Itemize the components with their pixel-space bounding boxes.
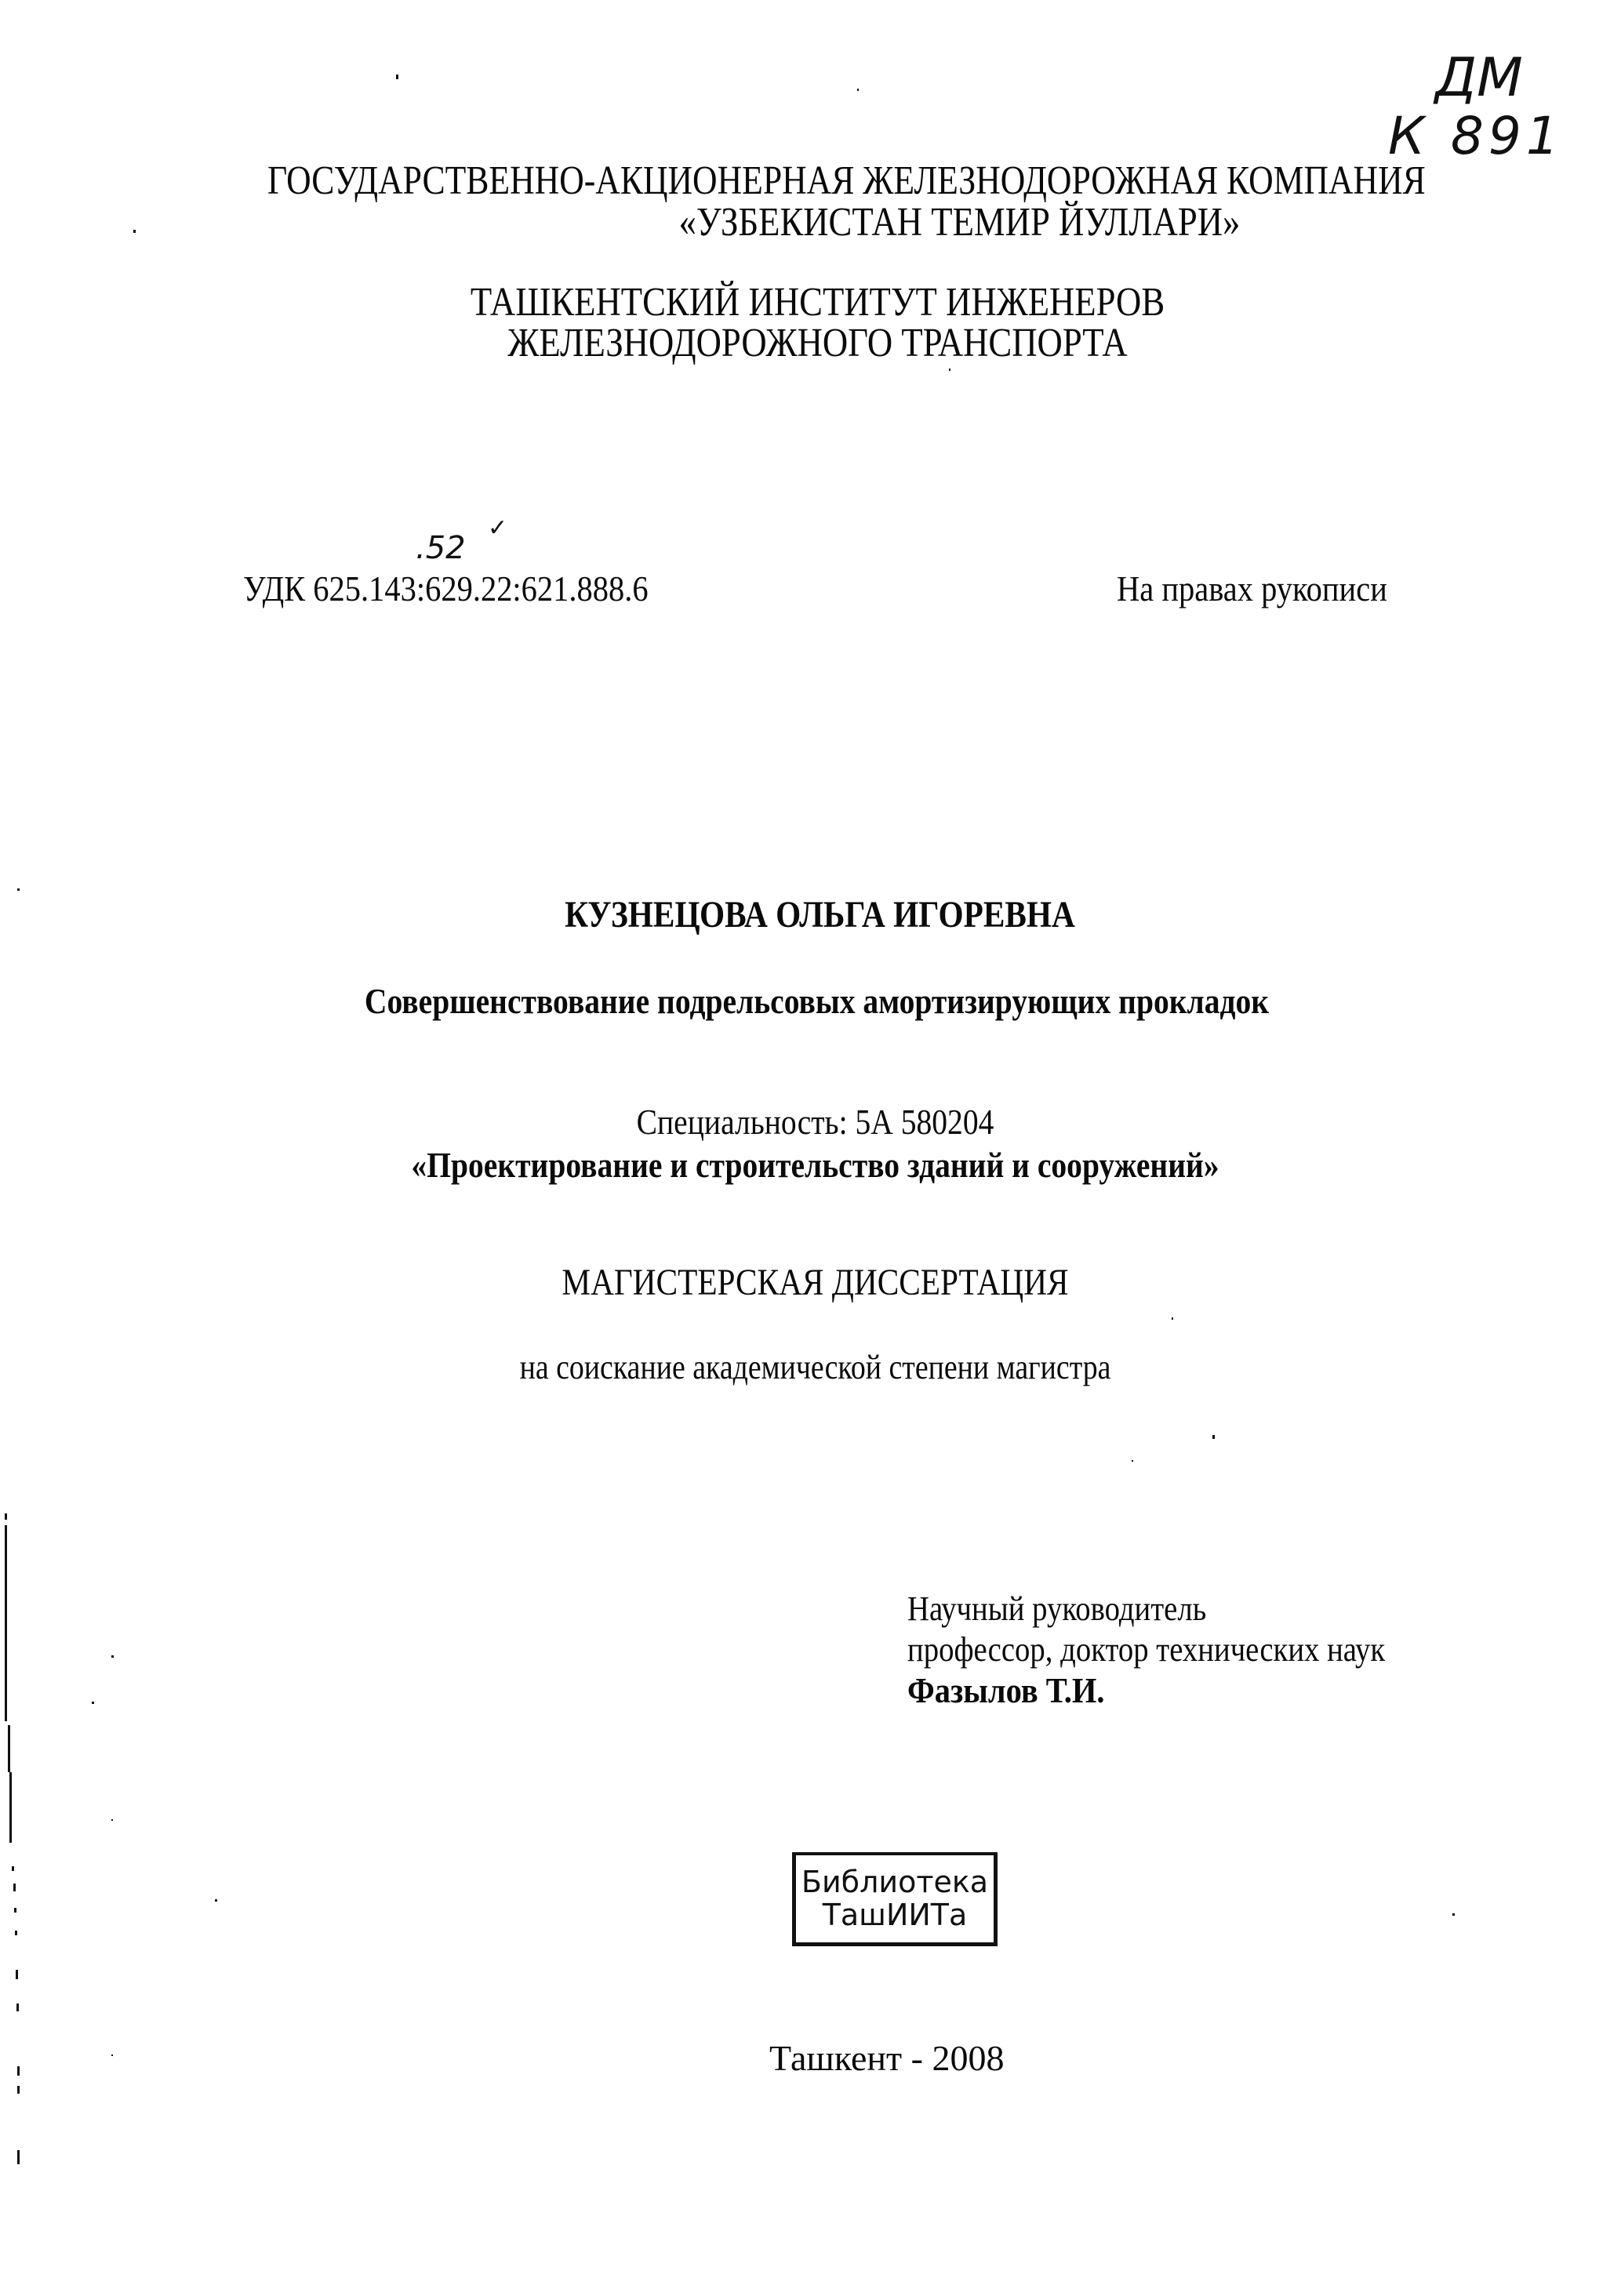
scan-speck — [1132, 1460, 1133, 1462]
institute-name-line2: ЖЕЛЕЗНОДОРОЖНОГО ТРАНСПОРТА — [121, 323, 1515, 364]
rights-note: На правах рукописи — [1117, 571, 1387, 607]
scan-edge-line — [5, 1525, 7, 1721]
scan-speck — [949, 369, 950, 371]
scan-speck — [1172, 1317, 1173, 1320]
scan-edge-line — [9, 1772, 12, 1843]
organization-name-line1: ГОСУДАРСТВЕННО-АКЦИОНЕРНАЯ ЖЕЛЕЗНОДОРОЖН… — [267, 161, 1426, 202]
udk-code: УДК 625.143:629.22:621.888.6 — [243, 571, 649, 607]
scan-edge-line — [15, 1931, 17, 1935]
scan-speck — [92, 1702, 94, 1704]
scan-speck — [17, 888, 20, 891]
scan-edge-line — [17, 2066, 20, 2076]
scan-speck — [857, 89, 859, 91]
dissertation-title-page: ГОСУДАРСТВЕННО-АКЦИОНЕРНАЯ ЖЕЛЕЗНОДОРОЖН… — [0, 0, 1621, 2296]
supervisor-label: Научный руководитель — [907, 1592, 1206, 1626]
stamp-line2: ТашИИТа — [823, 1899, 968, 1932]
scan-speck — [1212, 1435, 1215, 1439]
supervisor-title: профессор, доктор технических наук — [907, 1633, 1385, 1667]
scan-edge-line — [13, 1884, 16, 1891]
scan-speck — [111, 1819, 113, 1821]
handwritten-shelf-mark-line1: ДМ — [1435, 47, 1523, 109]
scan-speck — [396, 74, 398, 79]
scan-speck — [133, 230, 136, 233]
scan-edge-line — [12, 1866, 14, 1871]
handwritten-shelf-mark-line2: К 891 — [1388, 106, 1564, 166]
scan-edge-line — [16, 1970, 18, 1979]
city-year: Ташкент - 2008 — [769, 2040, 1004, 2076]
scan-speck — [111, 1655, 114, 1658]
degree-purpose: на соискание академической степени магис… — [118, 1350, 1513, 1385]
scan-speck — [111, 2054, 113, 2056]
organization-name-line2: «УЗБЕКИСТАН ТЕМИР ЙУЛЛАРИ» — [263, 202, 1621, 243]
scan-edge-line — [5, 1513, 7, 1520]
scan-edge-line — [16, 2004, 19, 2011]
specialty-name: «Проектирование и строительство зданий и… — [118, 1147, 1513, 1183]
handwritten-check-icon: ✓ — [488, 514, 507, 542]
supervisor-name: Фазылов Т.И. — [907, 1673, 1104, 1709]
library-stamp: Библиотека ТашИИТа — [792, 1852, 998, 1946]
scan-speck — [215, 1899, 217, 1902]
dissertation-title: Совершенствование подрельсовых амортизир… — [120, 983, 1514, 1019]
handwritten-udk-correction: .52 — [416, 530, 466, 566]
specialty-code: Специальность: 5А 580204 — [118, 1104, 1513, 1140]
institute-name-line1: ТАШКЕНТСКИЙ ИНСТИТУТ ИНЖЕНЕРОВ — [121, 282, 1515, 323]
scan-speck — [1452, 1913, 1455, 1916]
degree-type: МАГИСТЕРСКАЯ ДИССЕРТАЦИЯ — [118, 1264, 1513, 1302]
scan-edge-line — [17, 2086, 20, 2094]
scan-edge-line — [14, 1908, 16, 1913]
scan-edge-line — [8, 1725, 10, 1772]
author-name: КУЗНЕЦОВА ОЛЬГА ИГОРЕВНА — [123, 896, 1517, 934]
stamp-line1: Библиотека — [801, 1866, 988, 1899]
scan-edge-line — [17, 2150, 20, 2164]
